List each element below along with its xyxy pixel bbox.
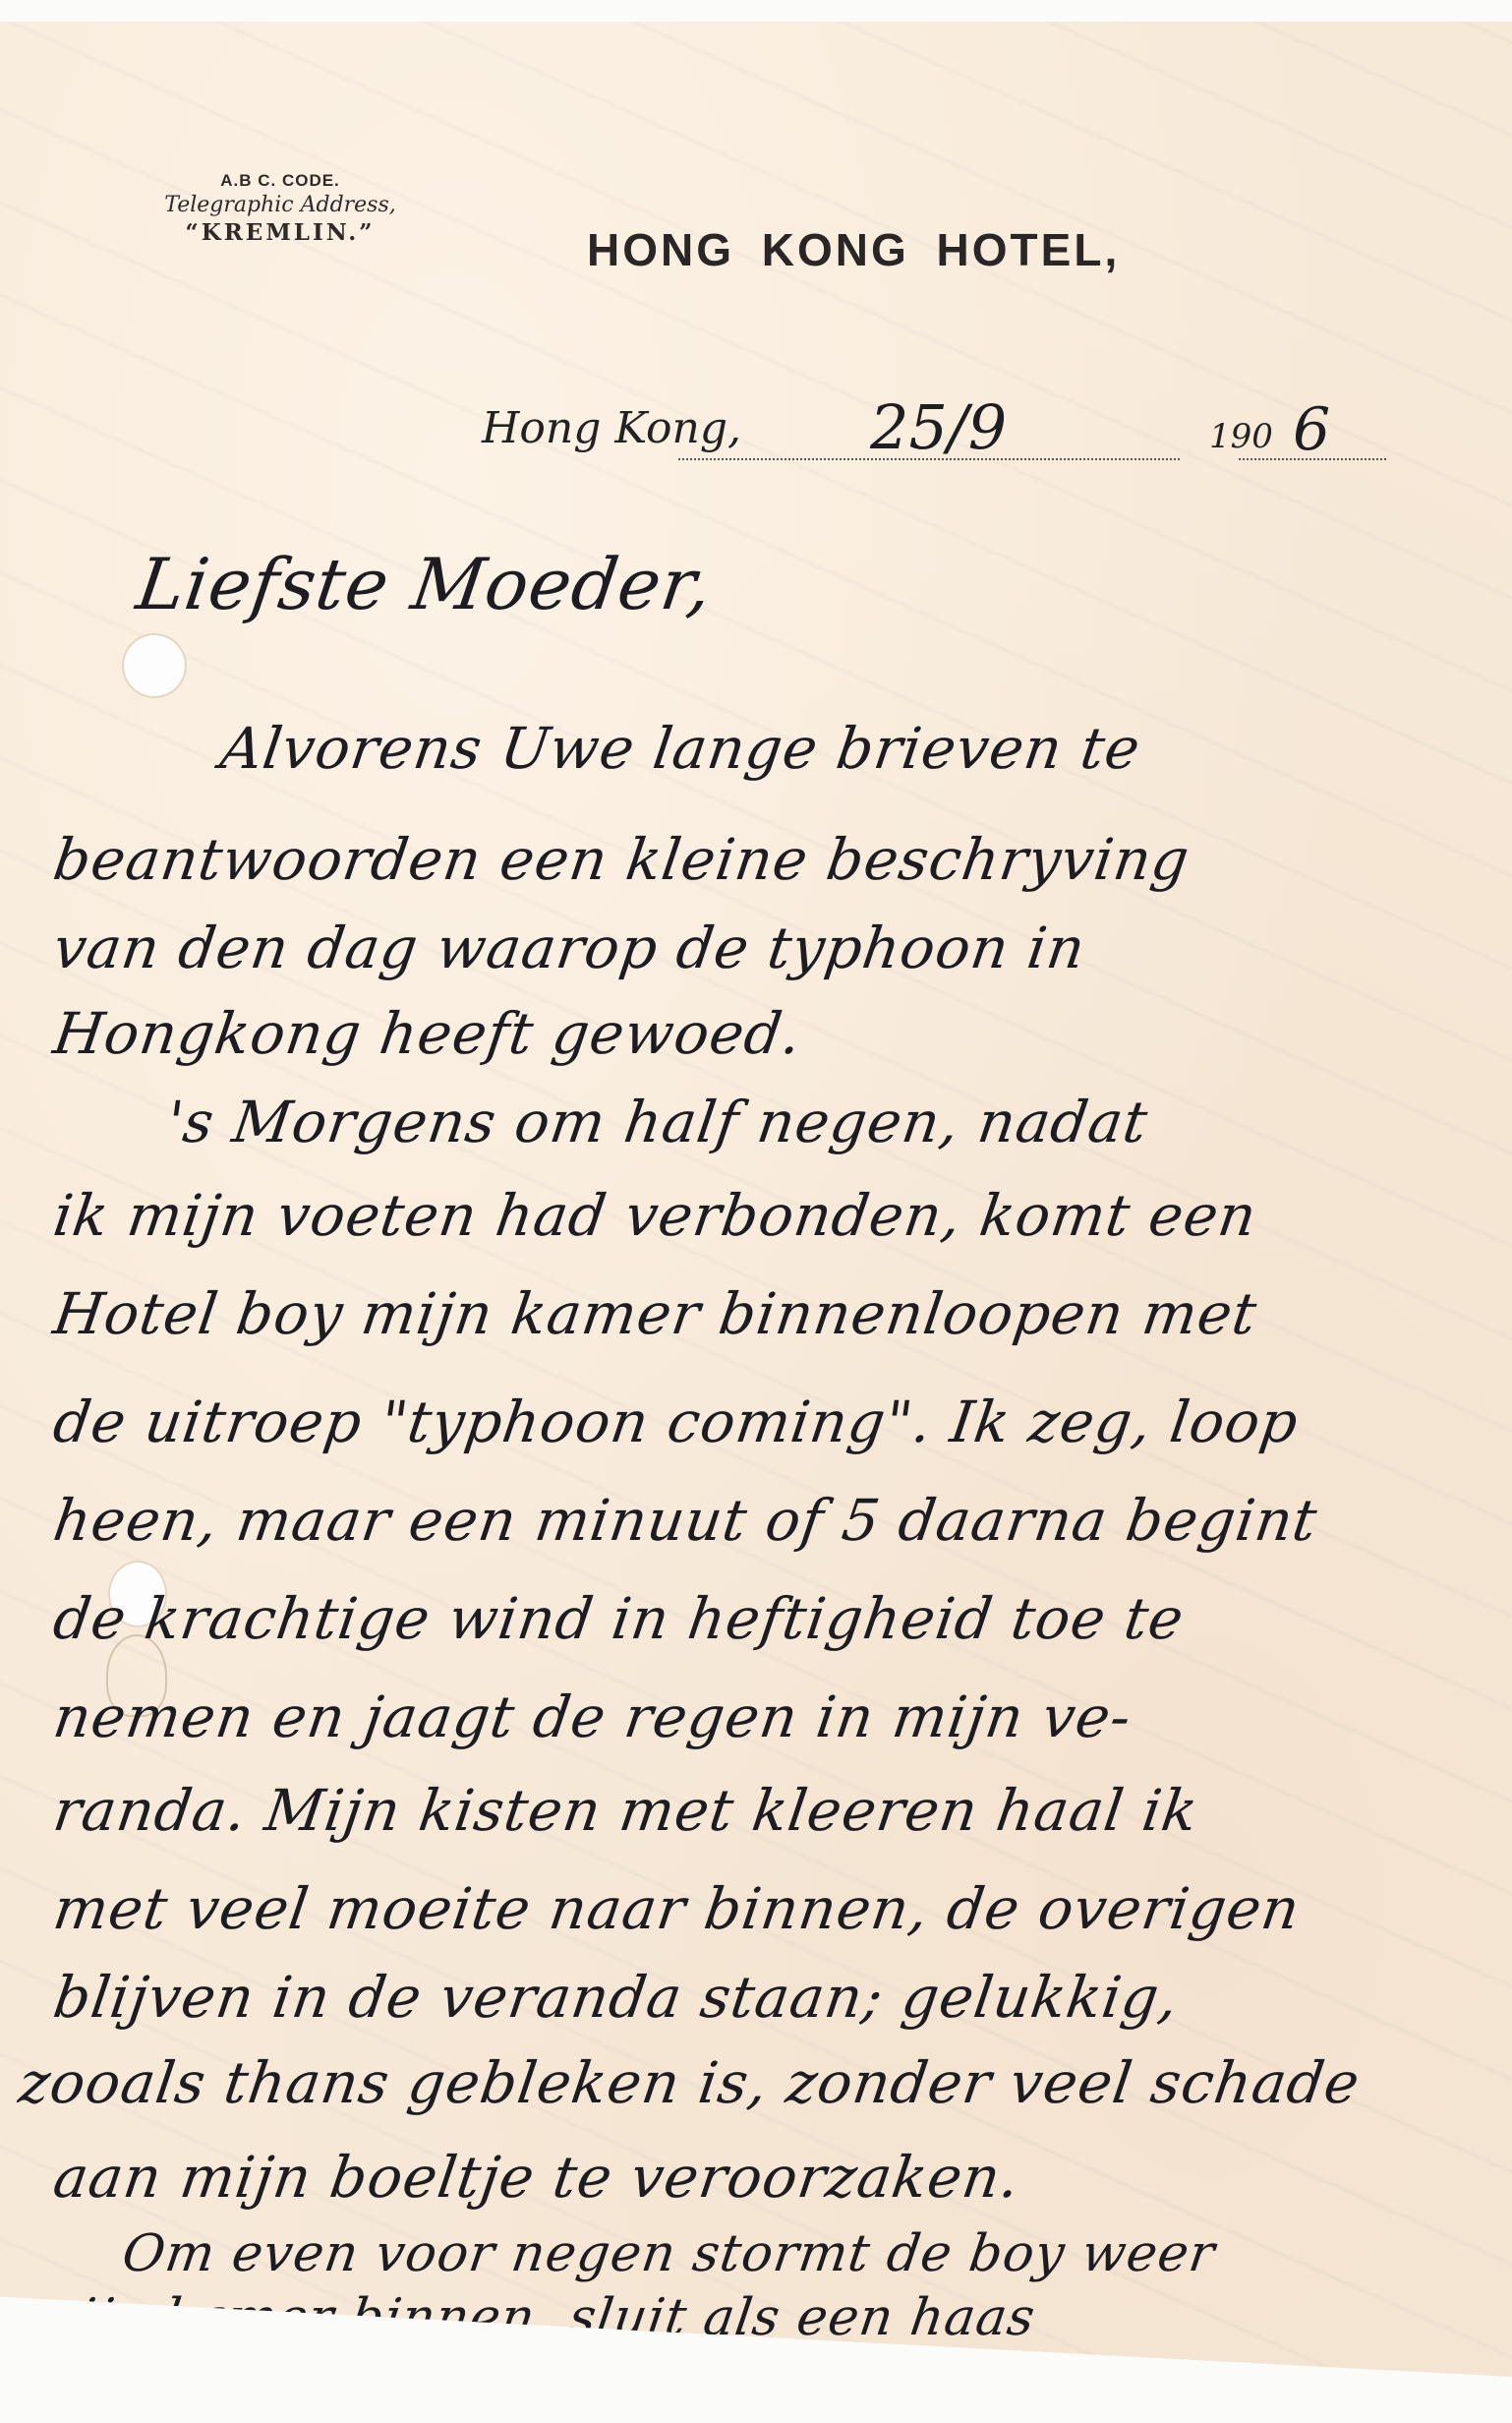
letter-line: ik mijn voeten had verbonden, komt een <box>49 1182 1261 1249</box>
dateline: Hong Kong, 25/9 190 6 <box>482 395 1386 474</box>
year-printed: 190 <box>1209 417 1273 456</box>
letter-line: Hotel boy mijn kamer binnenloopen met <box>49 1280 1261 1347</box>
greeting: Liefste Moeder, <box>132 543 718 625</box>
dateline-place: Hong Kong, <box>482 403 741 453</box>
letter-line: met veel moeite naar binnen, de overigen <box>49 1875 1304 1942</box>
letter-line: mijn kamer binnen, sluit als een haas <box>26 2288 1039 2347</box>
telegraphic-block: A.B C. CODE. Telegraphic Address, “KREML… <box>118 171 442 246</box>
hotel-name: HONG KONG HOTEL, <box>587 223 1120 276</box>
letter-line: heen, maar een minuut of 5 daarna begint <box>49 1487 1321 1554</box>
letter-line: nemen en jaagt de regen in mijn ve- <box>49 1684 1135 1750</box>
year-handwritten: 6 <box>1293 395 1330 464</box>
letter-line: 's Morgens om half negen, nadat <box>162 1089 1152 1155</box>
letter-line: randa. Mijn kisten met kleeren haal ik <box>49 1777 1202 1844</box>
letter-line: Hongkong heeft gewoed. <box>49 1000 806 1067</box>
letter-line: de krachtige wind in heftigheid toe te <box>49 1585 1188 1652</box>
letter-line: Om even voor negen stormt de boy weer <box>119 2224 1219 2283</box>
punch-hole <box>122 633 187 698</box>
letter-line: van den dag waarop de typhoon in <box>49 915 1089 981</box>
telegraphic-address: “KREMLIN.” <box>118 219 442 246</box>
letter-line: de uitroep "typhoon coming". Ik zeg, loo… <box>49 1389 1303 1455</box>
letter-sheet: A.B C. CODE. Telegraphic Address, “KREML… <box>0 22 1512 2377</box>
abc-code: A.B C. CODE. <box>118 171 442 191</box>
letter-line: zooals thans gebleken is, zonder veel sc… <box>15 2049 1364 2116</box>
letter-line: beantwoorden een kleine beschryving <box>49 826 1193 893</box>
dotted-rule <box>1239 458 1386 460</box>
telegraphic-label: Telegraphic Address, <box>118 193 442 217</box>
letter-line: aan mijn boeltje te veroorzaken. <box>49 2144 1024 2211</box>
letter-line: Alvorens Uwe lange brieven te <box>216 715 1144 782</box>
dateline-date: 25/9 <box>870 391 1007 463</box>
letter-line: blijven in de veranda staan; gelukkig, <box>49 1964 1183 2031</box>
